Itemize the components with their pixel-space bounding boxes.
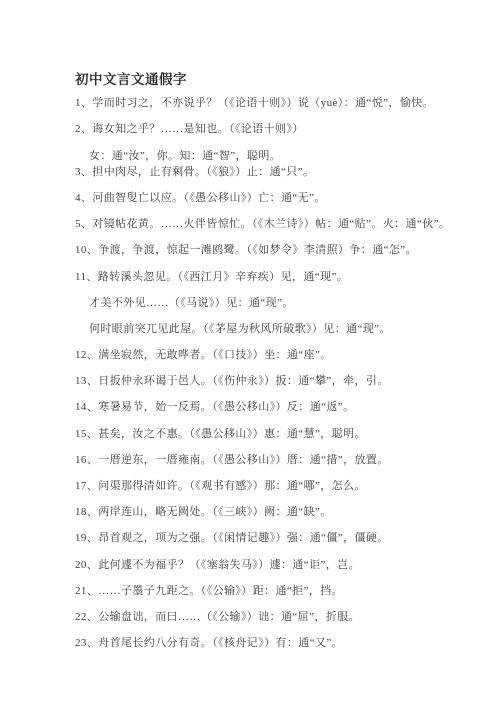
document-line-2: 2、诲女知之乎？……是知也。（《论语十则》） (75, 123, 460, 136)
document-line-13: 13、日扳仲永环谒于邑人。（《伤仲永》）扳：通“攀”，牵，引。 (75, 375, 460, 388)
document-line-19: 19、昂首观之，项为之强。（《闲情记趣》）强：通“僵”，僵硬。 (75, 532, 460, 545)
document-line-12: 12、满坐寂然，无敢哗者。（《口技》）坐：通“座”。 (75, 349, 460, 362)
document-line-10: 10、争渡，争渡，惊起一滩鸥鹭。（《如梦令》李清照）争：通“怎”。 (75, 244, 460, 257)
document-line-5: 5、对镜帖花黄。……火伴皆惊忙。（《木兰诗》）帖：通“贴”。火：通“伙”。 (75, 218, 460, 231)
document-line-15: 15、甚矣，汝之不惠。（《愚公移山》）惠：通“慧”，聪明。 (75, 428, 460, 441)
document-line-11-note-1: 才美不外见……（《马说》）见：通“现”。 (75, 297, 460, 310)
document-line-1: 1、学而时习之，不亦说乎？（《论语十则》）说（yuè）：通“悦”，愉快。 (75, 97, 460, 110)
document-line-4: 4、河曲智叟亡以应。（《愚公移山》）亡：通“无”。 (75, 192, 460, 205)
document-line-2-note: 女：通“汝”，你。知：通“智”，聪明。 (75, 150, 460, 163)
document-line-22: 22、公输盘诎，而曰……（《公输》）诎：通“屈”，折服。 (75, 611, 460, 624)
page-title: 初中文言文通假字 (75, 72, 460, 88)
document-line-11: 11、路转溪头忽见。（《西江月》辛弃疾）见，通“现”。 (75, 271, 460, 284)
document-page: 初中文言文通假字 1、学而时习之，不亦说乎？（《论语十则》）说（yuè）：通“悦… (0, 0, 500, 707)
document-line-21: 21、……子墨子九距之。（《公输》）距：通“拒”，挡。 (75, 585, 460, 598)
document-line-17: 17、问渠那得清如许。（《观书有感》）那：通“哪”，怎么。 (75, 480, 460, 493)
document-line-20: 20、此何遽不为福乎？（《塞翁失马》）遽：通“讵”，岂。 (75, 559, 460, 572)
document-line-16: 16、一厝逆东，一厝雍南。（《愚公移山》）厝：通“措”，放置。 (75, 454, 460, 467)
document-line-3: 3、担中肉尽，止有剩骨。（《狼》）止：通“只”。 (75, 166, 460, 179)
document-line-14: 14、寒暑易节，始一反焉。（《愚公移山》）反：通“返”。 (75, 401, 460, 414)
document-line-18: 18、两岸连山，略无阙处。（《三峡》）阙：通“缺”。 (75, 506, 460, 519)
document-line-11-note-2: 何时眼前突兀见此屋。（《茅屋为秋风所破歌》）见：通“现”。 (75, 323, 460, 336)
document-line-23: 23、舟首尾长约八分有奇。（《核舟记》）有：通“又”。 (75, 637, 460, 650)
